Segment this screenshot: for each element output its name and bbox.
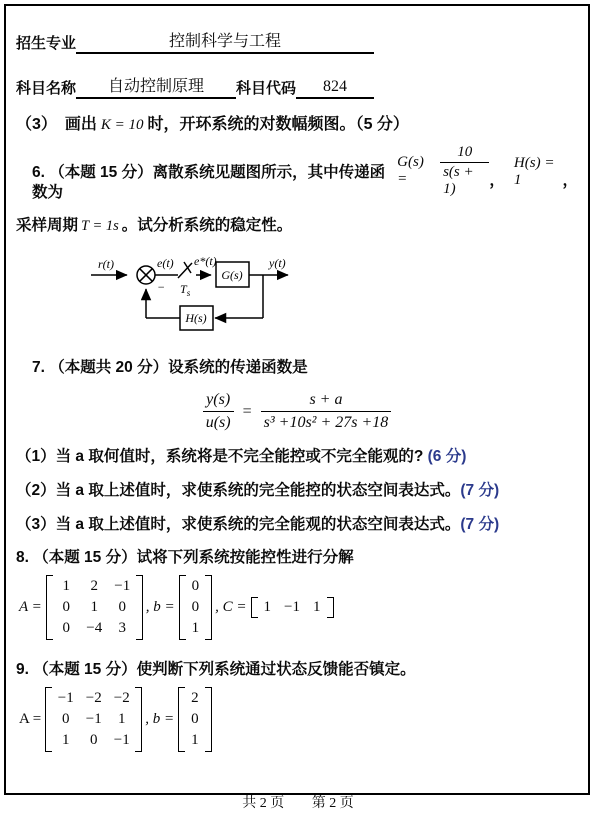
matrix-bracket-left	[178, 687, 185, 752]
q7-rhs-numerator: s + a	[306, 390, 345, 410]
q8-b-label: , b =	[146, 599, 175, 616]
header-major-row: 招生专业 控制科学与工程	[16, 32, 578, 54]
q7-heading: 7. （本题共 20 分）设系统的传递函数是	[32, 357, 578, 378]
q6-gs-fraction: 10 s(s + 1)	[440, 144, 489, 198]
q8-system-matrices: A = 12−1 010 0−43 , b = 0 0 1	[16, 575, 578, 640]
matrix-cell: 1	[62, 732, 70, 749]
q9-A-matrix: −1−2−2 0−11 10−1	[45, 687, 142, 752]
header-subject-row: 科目名称 自动控制原理 科目代码 824	[16, 77, 578, 99]
matrix-cell: 0	[90, 732, 98, 749]
matrix-cell: 1	[264, 599, 272, 616]
matrix-cell: 0	[63, 599, 71, 616]
q7-subquestion-3: （3）当 a 取上述值时，求使系统的完全能观的状态空间表达式。(7 分)	[16, 514, 578, 535]
matrix-bracket-right	[327, 597, 334, 618]
q9-b-label: , b =	[145, 711, 174, 728]
matrix-cell: 1	[313, 599, 321, 616]
comma: ，	[489, 144, 505, 190]
q6-gs-denominator: s(s + 1)	[440, 164, 489, 198]
matrix-bracket-right	[205, 687, 212, 752]
q5-part3-text: 时，开环系统的对数幅频图。	[148, 116, 356, 133]
matrix-cell: 2	[191, 690, 199, 707]
q9-b-vector: 2 0 1	[178, 687, 212, 752]
diagram-input-label: r(t)	[98, 257, 114, 271]
q7-subquestion-3-score: (7 分)	[460, 516, 499, 533]
q6-line2-suffix: 。试分析系统的稳定性。	[122, 217, 293, 234]
subject-code-label: 科目代码	[236, 79, 296, 99]
q9-b-cells: 2 0 1	[185, 687, 205, 752]
matrix-bracket-right	[136, 575, 143, 640]
diagram-plant-label: G(s)	[221, 268, 242, 282]
q9-heading: 9. （本题 15 分）使判断下列系统通过状态反馈能否镇定。	[16, 659, 578, 680]
diagram-sampler-period-label: Ts	[180, 282, 191, 298]
matrix-cell: 2	[91, 578, 99, 595]
q7-rhs-denominator: s³ +10s² + 27s +18	[261, 413, 392, 433]
q5-part3-math: K = 10	[97, 117, 148, 133]
q7-subquestion-2: （2）当 a 取上述值时，求使系统的完全能控的状态空间表达式。(7 分)	[16, 480, 578, 501]
matrix-cell: −1	[114, 578, 130, 595]
q8-A-cells: 12−1 010 0−43	[53, 575, 136, 640]
matrix-cell: 1	[63, 578, 71, 595]
q9-A-label: A =	[19, 711, 41, 728]
matrix-cell: −4	[86, 620, 102, 637]
q7-subquestion-2-score: (7 分)	[460, 482, 499, 499]
comma: ，	[562, 144, 578, 190]
matrix-cell: 1	[91, 599, 99, 616]
q7-lhs-numerator: y(s)	[203, 390, 233, 410]
subject-label: 科目名称	[16, 79, 76, 99]
q7-subquestion-3-text: （3）当 a 取上述值时，求使系统的完全能观的状态空间表达式。	[16, 516, 460, 533]
fraction-bar	[261, 411, 392, 412]
matrix-cell: 1	[192, 620, 200, 637]
q5-part3-line: （3） 画出K = 10时，开环系统的对数幅频图。（5 分）	[16, 114, 578, 136]
matrix-bracket-right	[135, 687, 142, 752]
matrix-bracket-left	[45, 687, 52, 752]
matrix-bracket-right	[205, 575, 212, 640]
q5-part3-prefix: （3） 画出	[16, 116, 97, 133]
q6-intro-text: 6. （本题 15 分）离散系统见题图所示，其中传递函数为	[32, 144, 392, 203]
subject-code-value-blank: 824	[296, 77, 374, 99]
matrix-cell: 0	[63, 620, 71, 637]
q8-b-vector: 0 0 1	[179, 575, 213, 640]
q6-sampling-line: 采样周期T = 1s。试分析系统的稳定性。	[16, 215, 578, 237]
matrix-cell: 1	[191, 732, 199, 749]
major-value-blank: 控制科学与工程	[76, 32, 374, 54]
matrix-bracket-left	[46, 575, 53, 640]
q7-subquestion-1-text: （1）当 a 取何值时，系统将是不完全能控或不完全能观的?	[16, 448, 428, 465]
q7-rhs-fraction: s + a s³ +10s² + 27s +18	[261, 390, 392, 433]
q9-A-cells: −1−2−2 0−11 10−1	[52, 687, 135, 752]
q7-subquestion-2-text: （2）当 a 取上述值时，求使系统的完全能控的状态空间表达式。	[16, 482, 460, 499]
matrix-cell: −1	[114, 732, 130, 749]
q8-C-vector: 1 −1 1	[251, 597, 334, 618]
fraction-bar	[203, 411, 234, 412]
matrix-cell: 3	[119, 620, 127, 637]
q7-lhs-fraction: y(s) u(s)	[203, 390, 234, 433]
matrix-cell: 0	[192, 599, 200, 616]
q8-b-cells: 0 0 1	[186, 575, 206, 640]
q6-diagram-container: r(t) e(t) e*(t) Ts − G(s) y(t) H(s)	[85, 253, 578, 341]
diagram-sampled-label: e*(t)	[194, 254, 217, 268]
q8-C-label: , C =	[215, 599, 246, 616]
footer-total-pages: 共 2 页	[242, 796, 284, 811]
diagram-feedback-label: H(s)	[184, 311, 206, 325]
q6-line2-prefix: 采样周期	[16, 217, 78, 234]
matrix-bracket-left	[251, 597, 258, 618]
q8-C-cells: 1 −1 1	[258, 597, 327, 618]
q6-block-diagram: r(t) e(t) e*(t) Ts − G(s) y(t) H(s)	[85, 253, 385, 341]
footer-current-page: 第 2 页	[312, 796, 354, 811]
page-footer: 共 2 页 第 2 页	[0, 796, 596, 812]
matrix-cell: 0	[119, 599, 127, 616]
q7-subquestion-1-score: (6 分)	[428, 448, 467, 465]
q9-system-matrices: A = −1−2−2 0−11 10−1 , b = 2 0 1	[16, 687, 578, 752]
fraction-bar	[440, 162, 489, 163]
matrix-cell: −2	[114, 690, 130, 707]
matrix-cell: 0	[192, 578, 200, 595]
matrix-cell: −2	[86, 690, 102, 707]
page-border-frame: 招生专业 控制科学与工程 科目名称 自动控制原理 科目代码 824 （3） 画出…	[4, 4, 590, 795]
q6-gs-formula: G(s) = 10 s(s + 1)	[397, 144, 489, 198]
q7-lhs-denominator: u(s)	[203, 413, 234, 433]
q6-gs-numerator: 10	[454, 144, 475, 161]
equals-sign: =	[243, 403, 252, 421]
matrix-cell: −1	[284, 599, 300, 616]
subject-value-blank: 自动控制原理	[76, 77, 236, 99]
q8-A-label: A =	[19, 599, 42, 616]
diagram-error-label: e(t)	[157, 256, 174, 270]
matrix-cell: 0	[191, 711, 199, 728]
matrix-cell: 0	[62, 711, 70, 728]
q6-hs-formula: H(s) = 1	[514, 144, 563, 189]
matrix-cell: −1	[86, 711, 102, 728]
diagram-minus-sign: −	[157, 280, 165, 294]
q5-part3-score: （5 分）	[356, 116, 409, 133]
exam-page: 招生专业 控制科学与工程 科目名称 自动控制原理 科目代码 824 （3） 画出…	[0, 0, 596, 815]
matrix-bracket-left	[179, 575, 186, 640]
matrix-cell: −1	[58, 690, 74, 707]
q6-gs-lhs: G(s) =	[397, 154, 435, 188]
q6-intro-line: 6. （本题 15 分）离散系统见题图所示，其中传递函数为 G(s) = 10 …	[32, 144, 578, 203]
q8-A-matrix: 12−1 010 0−43	[46, 575, 143, 640]
diagram-output-label: y(t)	[268, 256, 286, 270]
major-label: 招生专业	[16, 34, 76, 54]
matrix-cell: 1	[118, 711, 126, 728]
q7-transfer-function-equation: y(s) u(s) = s + a s³ +10s² + 27s +18	[16, 390, 578, 433]
q8-heading: 8. （本题 15 分）试将下列系统按能控性进行分解	[16, 547, 578, 568]
q6-line2-math: T = 1s	[78, 218, 122, 234]
q7-subquestion-1: （1）当 a 取何值时，系统将是不完全能控或不完全能观的? (6 分)	[16, 446, 578, 467]
